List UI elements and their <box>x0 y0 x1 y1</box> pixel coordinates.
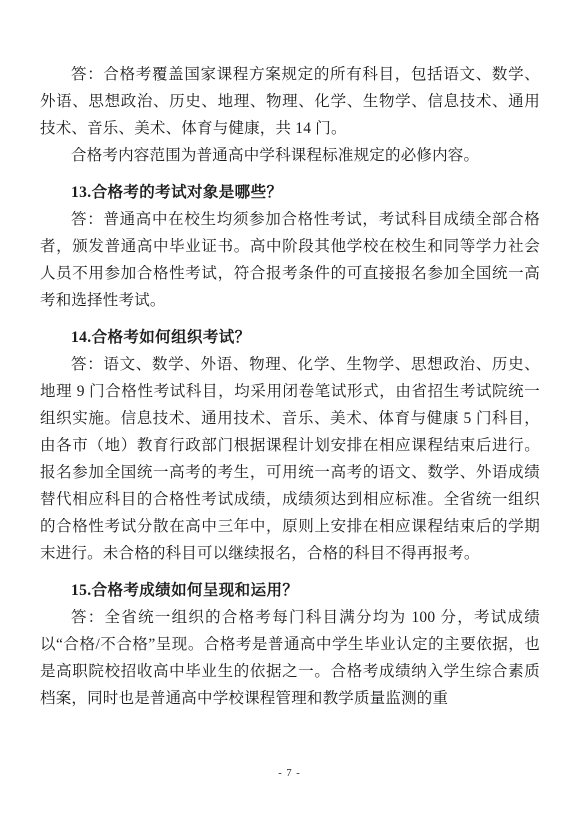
question-13-heading: 13.合格考的考试对象是哪些？ <box>40 179 540 206</box>
question-15-heading: 15.合格考成绩如何呈现和运用？ <box>40 577 540 604</box>
answer-paragraph-q13: 答：普通高中在校生均须参加合格性考试，考试科目成绩全部合格者，颁发普通高中毕业证… <box>40 206 540 314</box>
answer-paragraph-q15: 答：全省统一组织的合格考每门科目满分均为 100 分，考试成绩以“合格/不合格”… <box>40 604 540 712</box>
answer-paragraph-q14: 答：语文、数学、外语、物理、化学、生物学、思想政治、历史、地理 9 门合格性考试… <box>40 351 540 567</box>
answer-paragraph-subjects: 答：合格考覆盖国家课程方案规定的所有科目，包括语文、数学、外语、思想政治、历史、… <box>40 61 540 142</box>
document-page: 答：合格考覆盖国家课程方案规定的所有科目，包括语文、数学、外语、思想政治、历史、… <box>0 0 579 826</box>
question-14-heading: 14.合格考如何组织考试？ <box>40 324 540 351</box>
document-body: 答：合格考覆盖国家课程方案规定的所有科目，包括语文、数学、外语、思想政治、历史、… <box>40 61 540 712</box>
page-number: - 7 - <box>0 767 579 781</box>
answer-paragraph-content-scope: 合格考内容范围为普通高中学科课程标准规定的必修内容。 <box>40 142 540 169</box>
